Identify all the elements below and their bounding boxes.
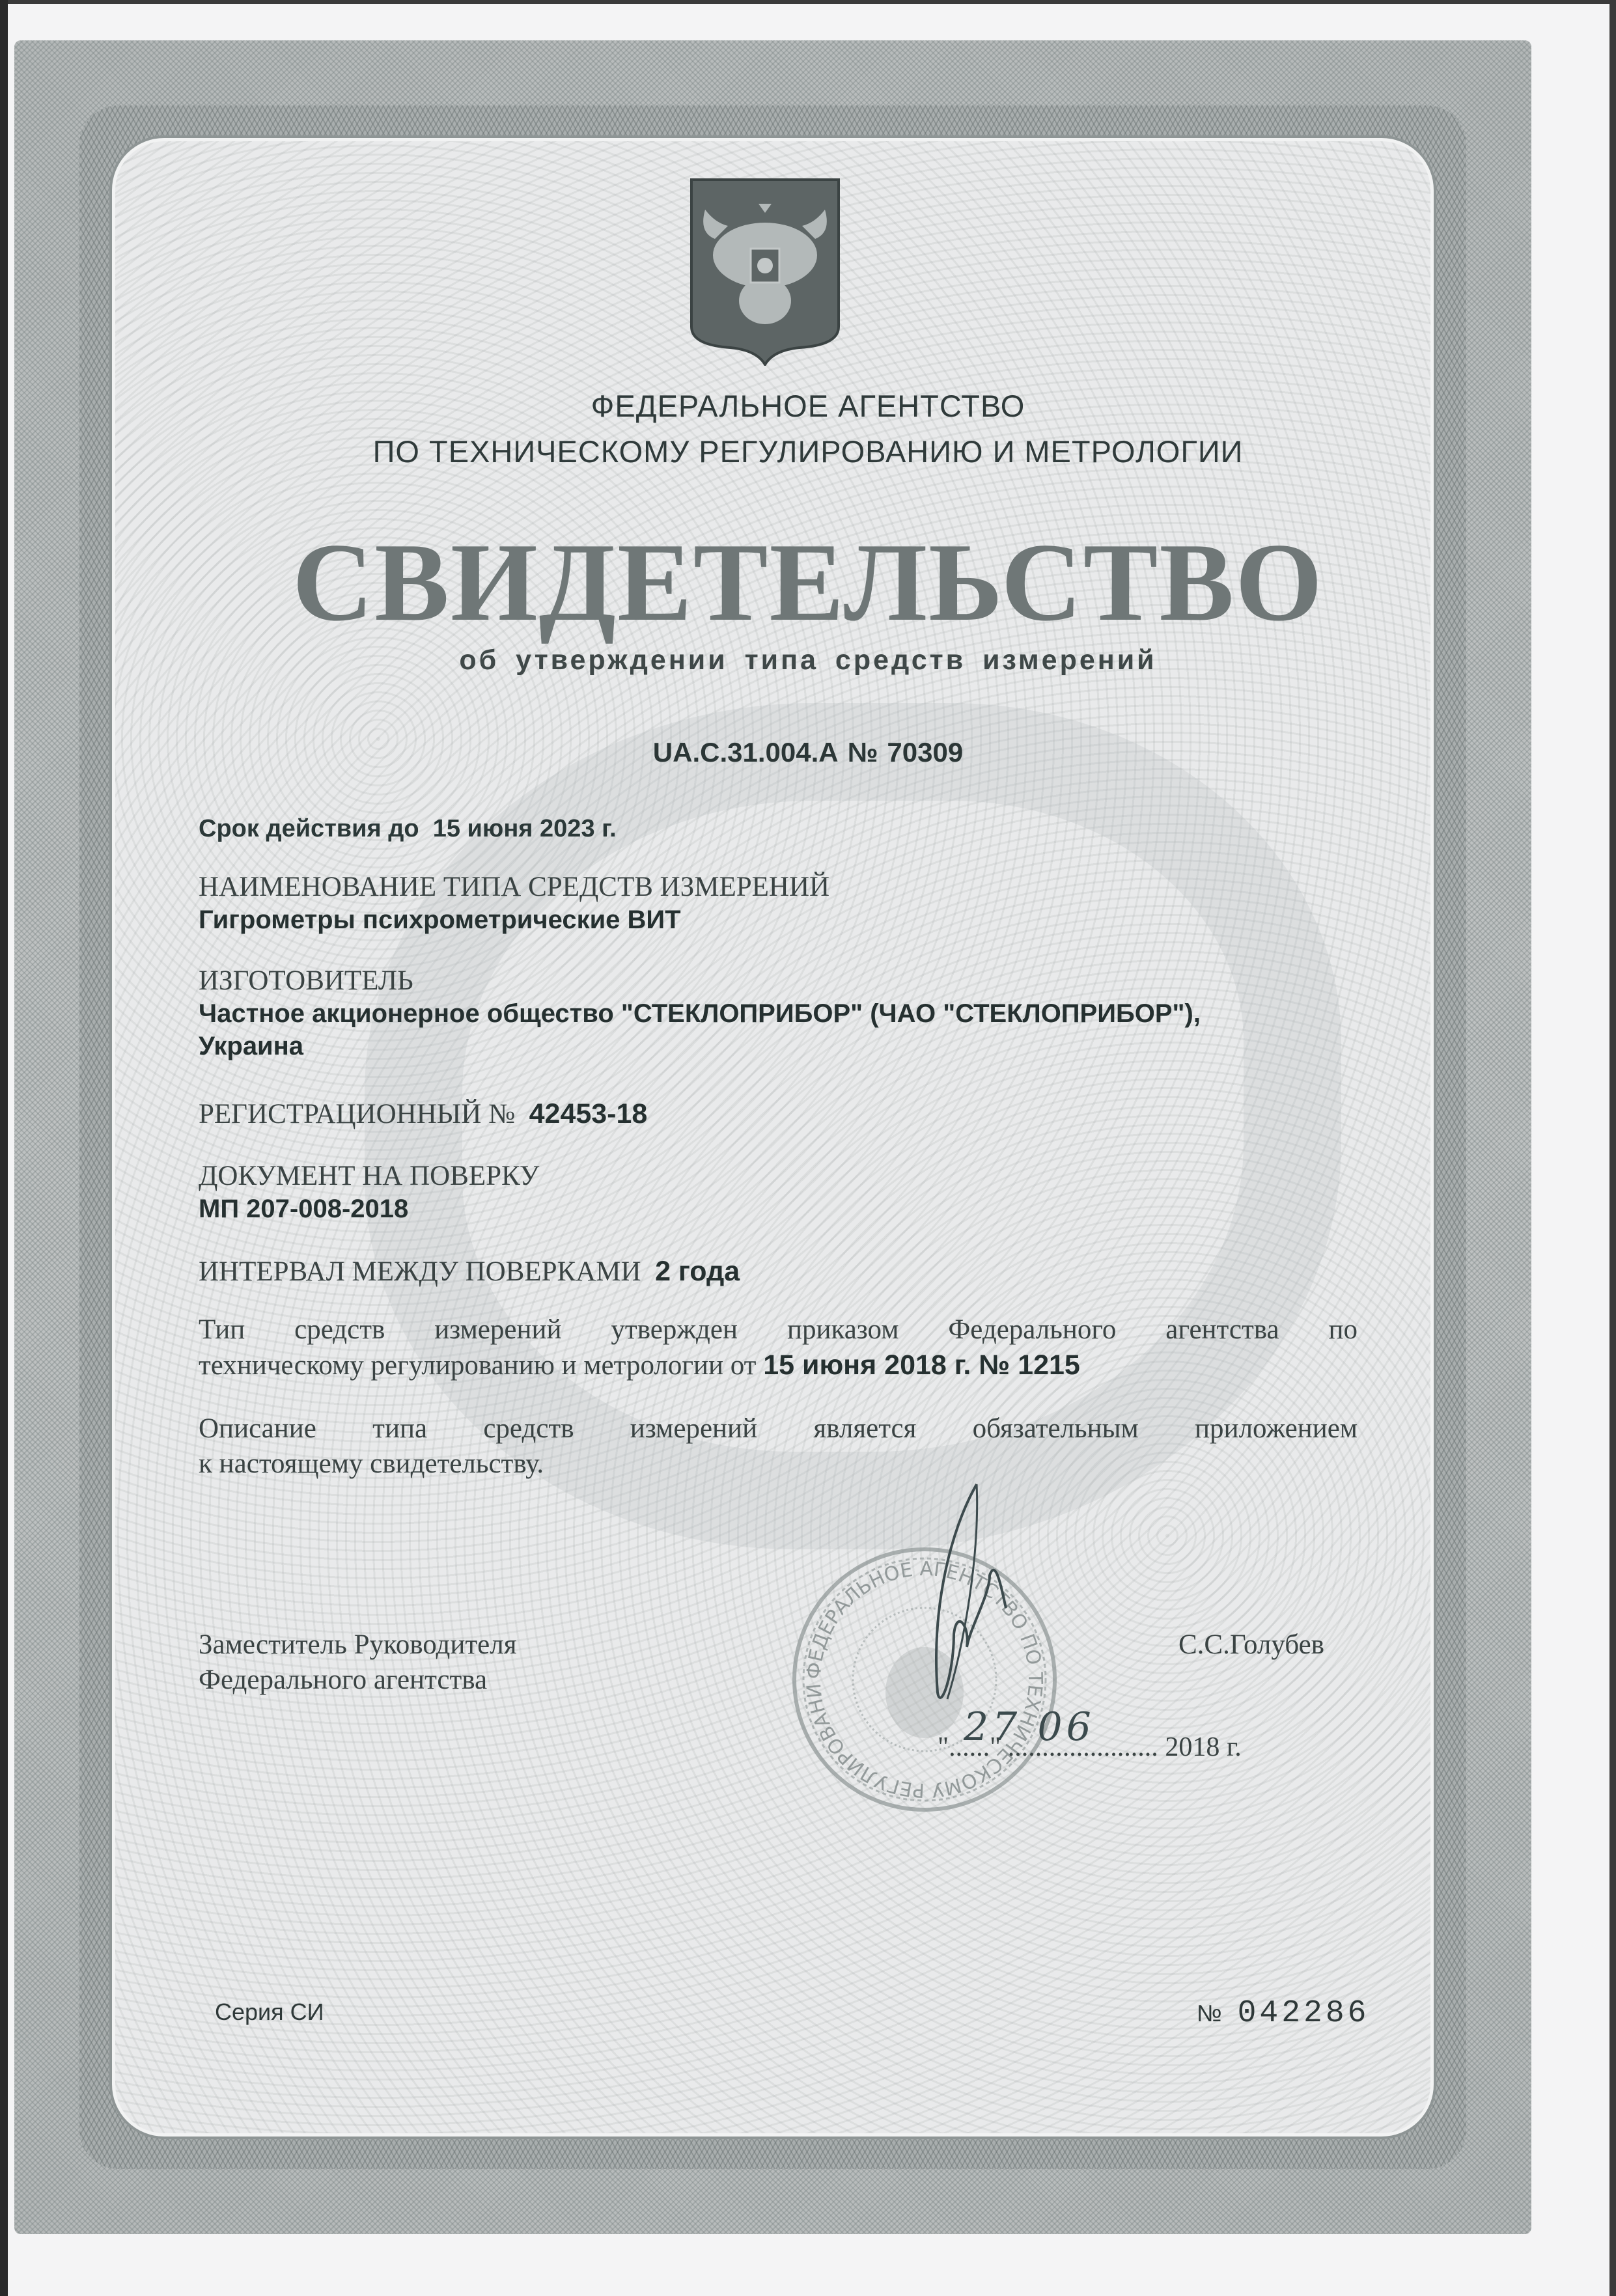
approval-prefix: техническому регулированию и метрологии …	[199, 1350, 756, 1381]
agency-name-line1: ФЕДЕРАЛЬНОЕ АГЕНТСТВО	[0, 385, 1616, 427]
manufacturer-country: Украина	[199, 1030, 1358, 1062]
registration-value: 42453-18	[529, 1098, 648, 1129]
approval-order: 15 июня 2018 г. № 1215	[763, 1349, 1080, 1381]
verification-interval: ИНТЕРВАЛ МЕЖДУ ПОВЕРКАМИ 2 года	[199, 1255, 1358, 1288]
description-line2: к настоящему свидетельству.	[199, 1448, 1358, 1480]
signer-position-line1: Заместитель Руководителя	[199, 1629, 516, 1661]
manufacturer-value: Частное акционерное общество "СТЕКЛОПРИБ…	[199, 997, 1358, 1030]
form-serial-number: №042286	[1197, 1996, 1369, 2031]
approval-line1: Тип средств измерений утвержден приказом…	[199, 1314, 1358, 1346]
russian-coat-of-arms-icon	[689, 177, 841, 366]
signer-position-line2: Федерального агентства	[199, 1664, 487, 1696]
number-sign: №	[839, 737, 887, 768]
certificate-code: UA.C.31.004.A	[653, 737, 839, 768]
date-dots: ......" ......................	[949, 1732, 1158, 1762]
validity: Срок действия до 15 июня 2023 г.	[199, 812, 1358, 845]
manufacturer-label: ИЗГОТОВИТЕЛЬ	[199, 965, 1358, 997]
description-line1: Описание типа средств измерений является…	[199, 1413, 1358, 1445]
certificate-number: UA.C.31.004.A№70309	[0, 737, 1616, 768]
date-year: 2018 г.	[1165, 1732, 1242, 1762]
signature-date: "......" ...................... 2018 г.	[938, 1732, 1242, 1763]
interval-value: 2 года	[655, 1256, 740, 1287]
agency-name-line2: ПО ТЕХНИЧЕСКОМУ РЕГУЛИРОВАНИЮ И МЕТРОЛОГ…	[0, 431, 1616, 473]
type-name-value: Гигрометры психрометрические ВИТ	[199, 904, 1358, 936]
serial-number-value: 042286	[1238, 1996, 1370, 2031]
registration-number: РЕГИСТРАЦИОННЫЙ № 42453-18	[199, 1098, 1358, 1131]
interval-label: ИНТЕРВАЛ МЕЖДУ ПОВЕРКАМИ	[199, 1256, 641, 1287]
handwritten-signature	[892, 1478, 1035, 1725]
registration-label: РЕГИСТРАЦИОННЫЙ №	[199, 1099, 515, 1129]
certificate-content: ФЕДЕРАЛЬНОЕ АГЕНТСТВО ПО ТЕХНИЧЕСКОМУ РЕ…	[0, 0, 1616, 2296]
certificate-number-value: 70309	[887, 737, 963, 768]
verification-doc-value: МП 207-008-2018	[199, 1193, 1358, 1225]
serial-number-sign: №	[1197, 2000, 1222, 2026]
verification-doc-label: ДОКУМЕНТ НА ПОВЕРКУ	[199, 1160, 1358, 1193]
validity-label: Срок действия до	[199, 815, 419, 842]
validity-date: 15 июня 2023 г.	[433, 815, 617, 842]
type-name-label: НАИМЕНОВАНИЕ ТИПА СРЕДСТВ ИЗМЕРЕНИЙ	[199, 871, 1358, 904]
document-subtitle: об утверждении типа средств измерений	[0, 644, 1616, 676]
signer-name: С.С.Голубев	[1178, 1629, 1324, 1661]
date-open-quote: "	[938, 1732, 949, 1762]
document-title: СВИДЕТЕЛЬСТВО	[0, 521, 1616, 644]
approval-line2: техническому регулированию и метрологии …	[199, 1349, 1358, 1382]
form-series: Серия СИ	[215, 1999, 324, 2026]
